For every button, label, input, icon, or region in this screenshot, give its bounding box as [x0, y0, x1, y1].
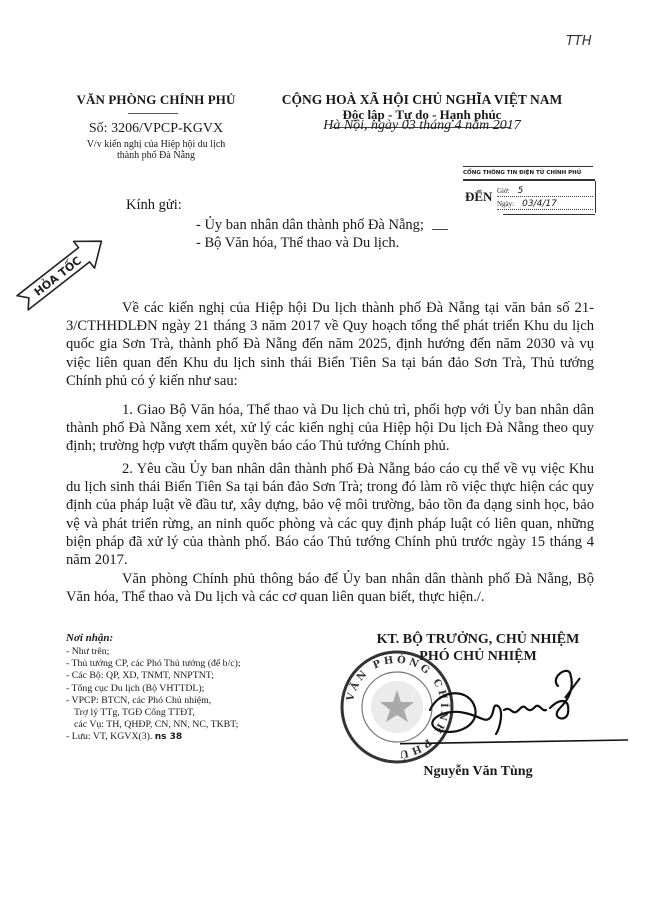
place-and-date: Hà Nội, ngày 03 tháng 4 năm 2017: [262, 118, 582, 134]
stamp-date-label: Ngày:: [497, 200, 514, 208]
signer-name: Nguyễn Văn Tùng: [338, 764, 618, 780]
document-subject: V/v kiến nghị của Hiệp hội du lịch thành…: [66, 139, 246, 161]
agency-underline: [128, 113, 178, 114]
recipient-item: các Vụ: TH, QHĐP, CN, NN, NC, TKBT;: [66, 719, 316, 731]
receipt-stamp: CỔNG THÔNG TIN ĐIỆN TỬ CHÍNH PHỦ ĐẾN Giờ…: [463, 166, 635, 220]
stamp-date-value: 03/4/17: [522, 199, 557, 209]
recipient-item: - Thủ tướng CP, các Phó Thủ tướng (để b/…: [66, 658, 316, 670]
stamp-bottom-rule: [503, 214, 595, 215]
handwritten-mark: ns 38: [155, 732, 182, 742]
salutation: Kính gửi:: [126, 197, 182, 214]
recipient-item: - Như trên;: [66, 646, 316, 658]
stamp-label: ĐẾN: [465, 189, 492, 205]
stamp-time-value: 5: [518, 186, 524, 196]
issuing-agency: VĂN PHÒNG CHÍNH PHỦ: [66, 92, 246, 108]
body-item-1-text: 1. Giao Bộ Văn hóa, Thể thao và Du lịch …: [66, 402, 594, 454]
recipient-item: - Tổng cục Du lịch (Bộ VHTTDL);: [66, 683, 316, 695]
signature: [400, 668, 640, 758]
stamp-top-rule: [463, 166, 593, 167]
addressee-pointer-line: [432, 229, 448, 230]
handwritten-note: TTH: [566, 34, 592, 49]
stamp-time-row: Giờ:5: [497, 186, 593, 197]
document-number: Số: 3206/VPCP-KGVX: [66, 121, 246, 137]
signature-title-line-1: KT. BỘ TRƯỞNG, CHỦ NHIỆM: [338, 632, 618, 648]
addressee-item: - Bộ Văn hóa, Thể thao và Du lịch.: [196, 235, 399, 252]
body-item-2: 2. Yêu cầu Ủy ban nhân dân thành phố Đà …: [66, 460, 594, 569]
recipient-archive-text: - Lưu: VT, KGVX(3).: [66, 731, 152, 742]
national-title: CỘNG HOÀ XÃ HỘI CHỦ NGHĨA VIỆT NAM: [262, 92, 582, 108]
body-intro-text: Về các kiến nghị của Hiệp hội Du lịch th…: [66, 300, 594, 389]
body-intro-paragraph: Về các kiến nghị của Hiệp hội Du lịch th…: [66, 299, 594, 390]
body-item-2-text: 2. Yêu cầu Ủy ban nhân dân thành phố Đà …: [66, 461, 594, 568]
document-subject-line-1: V/v kiến nghị của Hiệp hội du lịch: [66, 139, 246, 150]
recipient-item: - Lưu: VT, KGVX(3). ns 38: [66, 731, 316, 743]
body-closing-paragraph: Văn phòng Chính phủ thông báo để Ủy ban …: [66, 570, 594, 606]
urgent-badge-label: HỎA TỐC: [31, 253, 84, 299]
recipient-item: - VPCP: BTCN, các Phó Chủ nhiệm,: [66, 695, 316, 707]
document-subject-line-2: thành phố Đà Nẵng: [66, 150, 246, 161]
stamp-time-label: Giờ:: [497, 187, 510, 195]
signature-title-line-2: PHÓ CHỦ NHIỆM: [338, 649, 618, 665]
body-closing-text: Văn phòng Chính phủ thông báo để Ủy ban …: [66, 571, 594, 605]
recipient-item: - Các Bộ: QP, XD, TNMT, NNPTNT;: [66, 670, 316, 682]
stamp-header: CỔNG THÔNG TIN ĐIỆN TỬ CHÍNH PHỦ: [463, 170, 593, 176]
addressee-item: - Ủy ban nhân dân thành phố Đà Nẵng;: [196, 217, 424, 234]
stamp-date-row: Ngày:03/4/17: [497, 199, 593, 210]
stamp-box: ĐẾN Giờ:5 Ngày:03/4/17: [463, 181, 596, 213]
recipients-list: - Như trên; - Thủ tướng CP, các Phó Thủ …: [66, 646, 316, 744]
signature-icon: [400, 668, 640, 758]
recipients-title: Nơi nhận:: [66, 632, 113, 644]
recipient-item: Trợ lý TTg, TGĐ Cổng TTĐT,: [66, 707, 316, 719]
body-item-1: 1. Giao Bộ Văn hóa, Thể thao và Du lịch …: [66, 401, 594, 456]
